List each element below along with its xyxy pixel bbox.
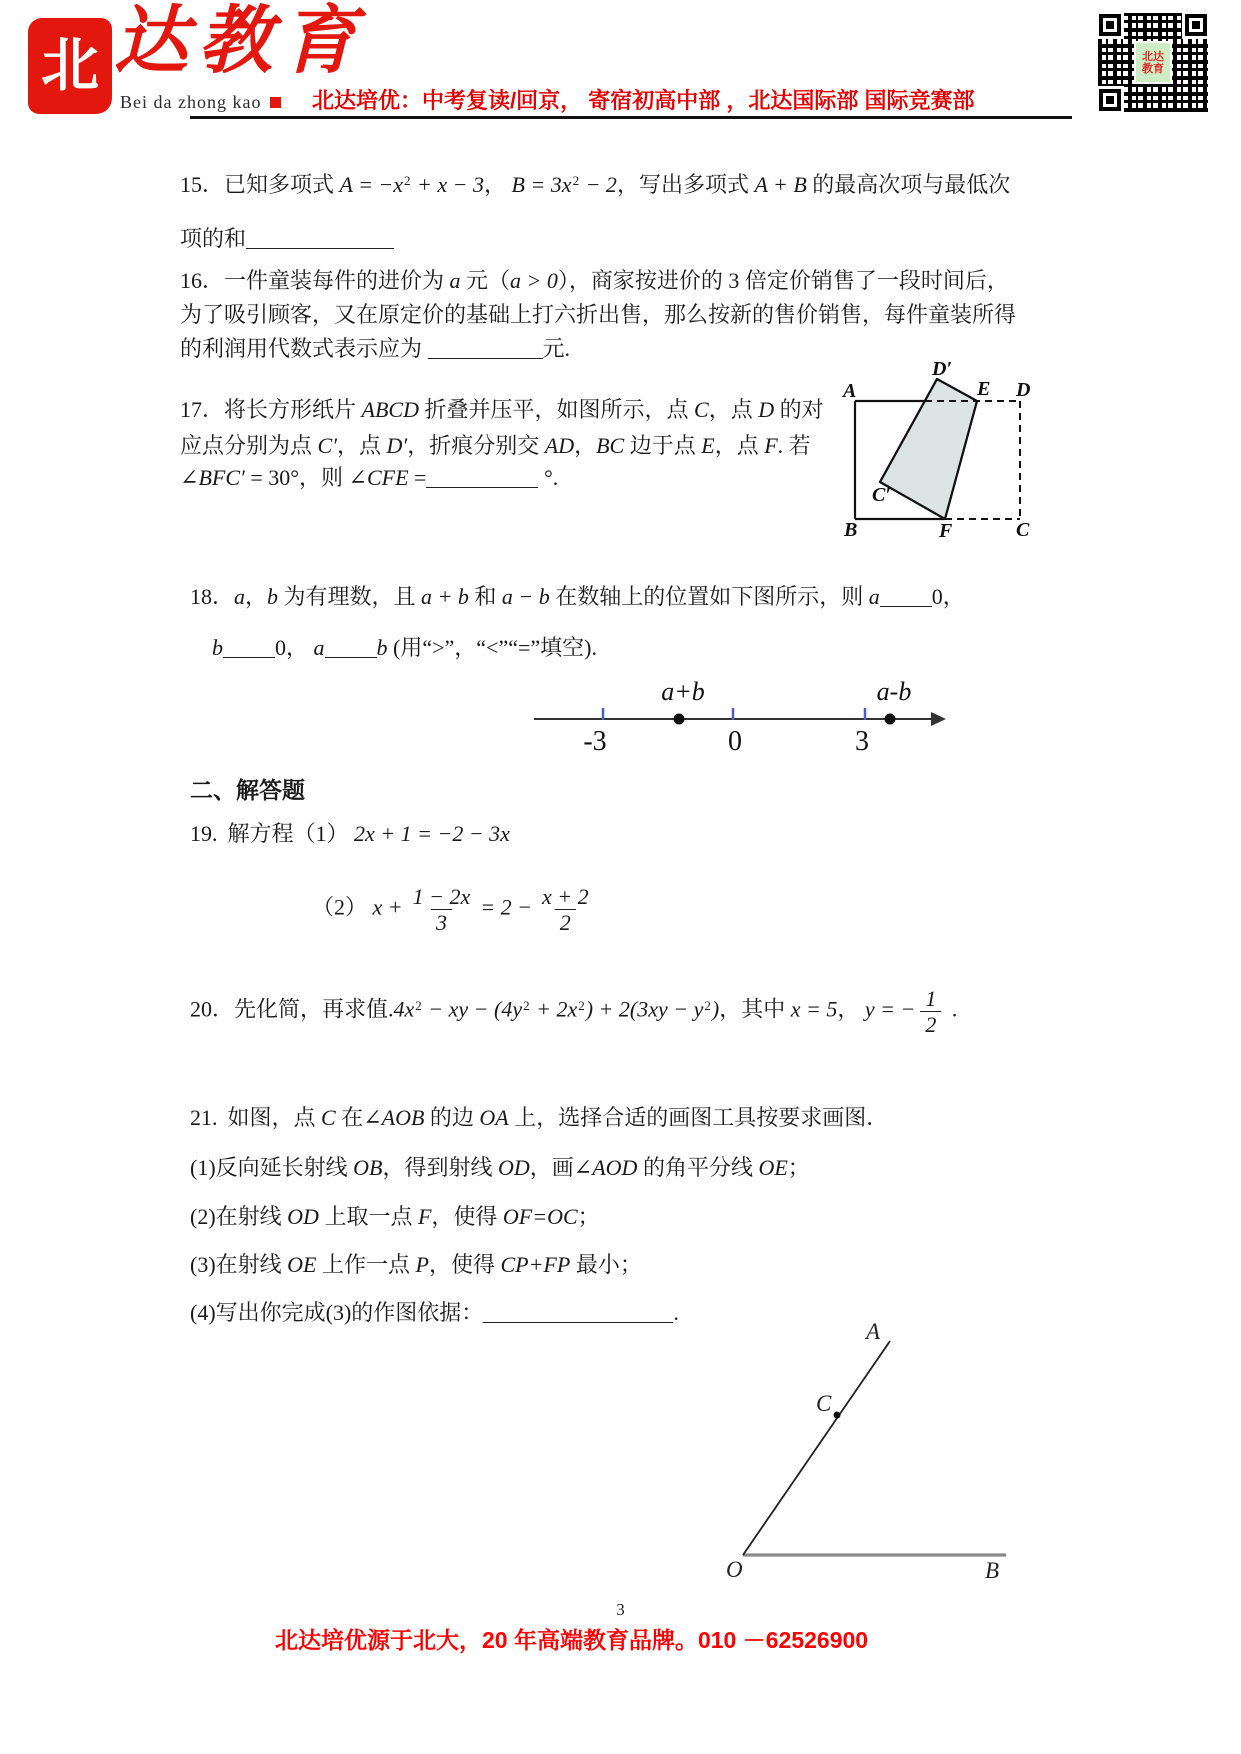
math-run: OE [758, 1155, 787, 1180]
math-run: b [267, 584, 278, 609]
problem-21-line-1: 21.如图，点 C 在∠AOB 的边 OA 上，选择合适的画图工具按要求画图． [190, 1104, 888, 1131]
math-run: a > 0 [510, 268, 558, 293]
answer-blank-17 [426, 467, 538, 488]
text-run: 在数轴上的位置如下图所示，则 [550, 584, 869, 609]
math-run: x = 5 [791, 997, 838, 1022]
label-B: B [843, 519, 857, 540]
text-run: 0， [932, 584, 965, 609]
math-run: A + B [754, 172, 806, 197]
text-run: ， [837, 997, 865, 1022]
problem-21-item-1: (1)反向延长射线 OB，得到射线 OD，画∠AOD 的角平分线 OE； [190, 1154, 810, 1181]
problem-17-line-3: ∠BFC′ = 30°，则 ∠CFE = °. [180, 464, 558, 491]
problem-21-item-3: (3)在射线 OE 上作一点 P，使得 CP+FP 最小； [190, 1251, 642, 1278]
problem-15-line-1: 15．已知多项式 A = −x2 + x − 3， B = 3x2 − 2，写出… [180, 167, 1010, 198]
math-run: a + b [421, 584, 469, 609]
text-run: ， [245, 584, 267, 609]
point-a-plus-b [674, 714, 685, 725]
answer-blank-18a [880, 586, 932, 607]
angle-symbol: ∠ [349, 465, 367, 490]
problem-number: 20． [190, 997, 234, 1022]
text-run: (1)反向延长射线 [190, 1155, 353, 1180]
exponent: 2 [414, 998, 423, 1013]
text-run: 0， [275, 635, 314, 660]
text-run: 在∠ [336, 1105, 382, 1130]
math-run: C [321, 1105, 336, 1130]
math-run: D′ [387, 433, 408, 458]
text-run: . 若 [778, 433, 811, 458]
math-run: ABCD [362, 397, 419, 422]
problem-17-line-1: 17．将长方形纸片 ABCD 折叠并压平，如图所示，点 C，点 D 的对 [180, 396, 824, 423]
qr-finder-icon [1185, 14, 1207, 36]
math-run: A = −x [340, 172, 404, 197]
answer-blank-18c [325, 637, 377, 658]
text-run: ， [574, 433, 596, 458]
math-run: + 2x [531, 997, 578, 1022]
text-run: 上作一点 [316, 1252, 415, 1277]
text-run: 先化简，再求值. [234, 997, 394, 1022]
header-tagline: 北达培优：中考复读/回京， 寄宿初高中部 ，北达国际部 国际竞赛部 [312, 84, 974, 115]
text-run: ， [484, 172, 512, 197]
text-run: °. [538, 465, 558, 490]
math-run: a [314, 635, 325, 660]
math-run: = 2 − [480, 895, 532, 920]
qr-center-label: 北达 教育 [1136, 43, 1170, 82]
text-run: 的边 [424, 1105, 479, 1130]
math-run: OA [479, 1105, 508, 1130]
tick-label-minus3: -3 [583, 726, 606, 757]
label-D-prime: D′ [931, 358, 952, 380]
fraction: 12 [920, 986, 941, 1037]
problem-18-line-1: 18．a，b 为有理数，且 a + b 和 a − b 在数轴上的位置如下图所示… [190, 583, 965, 610]
math-run: P [416, 1252, 429, 1277]
problem-16-line-3: 的利润用代数式表示应为 元. [180, 335, 570, 362]
math-run: y = − [865, 997, 915, 1022]
math-run: D [758, 397, 774, 422]
problem-19-line-2: （2） x +1 − 2x3= 2 −x + 22 [312, 884, 599, 935]
text-run: ，点 [337, 433, 387, 458]
problem-number: 16． [180, 268, 224, 293]
problem-20-line-1: 20．先化简，再求值.4x2 − xy − (4y2 + 2x2) + 2(3x… [190, 986, 957, 1037]
math-run: BFC′ [198, 465, 244, 490]
section-2-title: 二、解答题 [190, 777, 305, 804]
text-run: (4)写出你完成(3)的作图依据： [190, 1300, 483, 1325]
figure-17-rectangle-fold: A B C D E F C′ D′ [830, 340, 1050, 540]
text-run: 已知多项式 [224, 172, 340, 197]
exponent: 2 [522, 998, 531, 1013]
label-O: O [726, 1557, 743, 1582]
brand-subtitle: Bei da zhong kao [120, 92, 281, 113]
math-run: a [450, 268, 461, 293]
math-run: OD [287, 1204, 319, 1229]
math-run: AD [545, 433, 574, 458]
math-run: CP+FP [500, 1252, 570, 1277]
angle-symbol: ∠ [180, 465, 198, 490]
text-run: 的角平分线 [637, 1155, 758, 1180]
math-run: B = 3x [512, 172, 572, 197]
text-run: 为了吸引顾客，又在原定价的基础上打六折出售，那么按新的售价销售，每件童装所得 [180, 302, 1016, 327]
text-run: ，使得 [431, 1204, 503, 1229]
label-A: A [841, 380, 856, 402]
exponent: 2 [403, 173, 412, 188]
exponent: 2 [703, 998, 712, 1013]
math-run: x + [373, 895, 403, 920]
math-run: 4x [394, 997, 415, 1022]
footer-slogan: 北达培优源于北大，20 年高端教育品牌。010 －62526900 [275, 1622, 868, 1655]
math-run: E [701, 433, 714, 458]
math-run: AOB [382, 1105, 425, 1130]
fraction-denominator: 2 [555, 909, 576, 935]
tick-label-0: 0 [728, 726, 742, 757]
math-run: ) + 2(3xy − y [586, 997, 704, 1022]
math-run: C [694, 397, 709, 422]
figure-21-angle-aob: A C O B [640, 1315, 1020, 1605]
text-run: 应点分别为点 [180, 433, 318, 458]
text-run: 项的和 [180, 226, 246, 251]
problem-number: 21. [190, 1105, 218, 1130]
text-run: 和 [469, 584, 502, 609]
brand-script-text: 达教育 [114, 2, 366, 83]
text-run: 解方程（1） [228, 821, 355, 846]
text-run: 折叠并压平，如图所示，点 [419, 397, 694, 422]
text-run: 为有理数，且 [278, 584, 421, 609]
text-run: (3)在射线 [190, 1252, 287, 1277]
exponent: 2 [572, 173, 581, 188]
text-run: 将长方形纸片 [224, 397, 362, 422]
text-run: . [946, 997, 957, 1022]
text-run: ，点 [709, 397, 759, 422]
problem-number: 19. [190, 821, 218, 846]
text-run: = [409, 465, 427, 490]
math-run: a [234, 584, 245, 609]
text-run: 元. [543, 336, 571, 361]
problem-16-line-1: 16．一件童装每件的进价为 a 元（a > 0），商家按进价的 3 倍定价销售了… [180, 267, 1009, 294]
fraction-numerator: 1 − 2x [408, 884, 476, 909]
math-run: + x − 3 [412, 172, 484, 197]
text-run: 一件童装每件的进价为 [224, 268, 450, 293]
label-C: C [1016, 519, 1030, 540]
text-run: ； [578, 1204, 600, 1229]
math-run: − xy − (4y [423, 997, 522, 1022]
qr-finder-icon [1099, 14, 1121, 36]
fraction: 1 − 2x3 [408, 884, 476, 935]
math-run: 2x + 1 = −2 − 3x [354, 821, 510, 846]
problem-number: 15． [180, 171, 224, 198]
page-number: 3 [0, 1600, 1241, 1620]
point-a-minus-b [885, 714, 896, 725]
text-run: （2） [312, 895, 373, 920]
math-run: AOD [592, 1155, 637, 1180]
math-run: − 2 [580, 172, 617, 197]
fraction-numerator: 1 [920, 986, 941, 1011]
text-run: ，其中 [719, 997, 791, 1022]
problem-16-line-2: 为了吸引顾客，又在原定价的基础上打六折出售，那么按新的售价销售，每件童装所得 [180, 301, 1016, 328]
text-run: 上，选择合适的画图工具按要求画图． [509, 1105, 889, 1130]
point-label-a-plus-b: a+b [661, 677, 705, 706]
math-run: b [212, 635, 223, 660]
text-run: (用“>”，“<”“=”填空). [388, 635, 597, 660]
text-run: 如图，点 [228, 1105, 322, 1130]
qr-code: 北达 教育 [1098, 13, 1208, 112]
math-run: C′ [318, 433, 338, 458]
label-E: E [976, 378, 990, 400]
tick-label-3: 3 [855, 726, 869, 757]
math-run: F [418, 1204, 431, 1229]
axis-arrow [931, 712, 946, 726]
text-run: 边于点 [624, 433, 701, 458]
answer-blank-18b [223, 637, 275, 658]
problem-18-line-2: b0， ab (用“>”，“<”“=”填空). [212, 634, 597, 661]
label-A: A [864, 1319, 881, 1344]
answer-blank-15 [246, 228, 394, 249]
fraction: x + 22 [537, 884, 594, 935]
problem-21-item-4: (4)写出你完成(3)的作图依据：. [190, 1299, 679, 1326]
exponent: 2 [577, 998, 586, 1013]
qr-finder-icon [1099, 89, 1121, 111]
math-run: BC [596, 433, 624, 458]
problem-17-line-2: 应点分别为点 C′，点 D′，折痕分别交 AD，BC 边于点 E，点 F. 若 [180, 432, 811, 459]
text-run: 上取一点 [319, 1204, 418, 1229]
text-run: ，点 [715, 433, 765, 458]
header-divider [190, 116, 1072, 119]
math-run: OF=OC [503, 1204, 578, 1229]
text-run: 最小； [570, 1252, 642, 1277]
problem-21-item-2: (2)在射线 OD 上取一点 F，使得 OF=OC； [190, 1203, 600, 1230]
seal-character: 北 [41, 37, 99, 95]
math-run: F [764, 433, 777, 458]
point-label-a-minus-b: a-b [877, 677, 912, 706]
label-F: F [938, 520, 953, 540]
text-run: 的最高次项与最低次 [807, 172, 1011, 197]
fraction-denominator: 2 [920, 1011, 941, 1037]
fraction-denominator: 3 [431, 909, 452, 935]
label-C: C [816, 1391, 832, 1416]
red-square-icon [270, 97, 281, 108]
problem-19-line-1: 19.解方程（1） 2x + 1 = −2 − 3x [190, 820, 510, 847]
point-C [834, 1412, 841, 1419]
label-D: D [1015, 379, 1030, 401]
math-run: a − b [502, 584, 550, 609]
fraction-numerator: x + 2 [537, 884, 594, 909]
text-run: ，折痕分别交 [407, 433, 545, 458]
text-run: ），商家按进价的 3 倍定价销售了一段时间后， [558, 268, 1009, 293]
ray-OA [743, 1341, 890, 1555]
text-run: 的对 [774, 397, 824, 422]
text-run: 元（ [461, 268, 511, 293]
math-run: CFE [367, 465, 409, 490]
math-run: OE [287, 1252, 316, 1277]
problem-number: 18． [190, 584, 234, 609]
exam-page: 北 达教育 Bei da zhong kao 北达培优：中考复读/回京， 寄宿初… [0, 0, 1241, 1754]
math-run: OD [498, 1155, 530, 1180]
answer-blank-16 [428, 338, 543, 359]
label-B: B [985, 1558, 999, 1583]
text-run: ，写出多项式 [617, 172, 755, 197]
problem-15-line-2: 项的和 [180, 225, 394, 252]
math-run: OB [353, 1155, 382, 1180]
label-C-prime: C′ [872, 484, 891, 506]
text-run: ，画∠ [530, 1155, 592, 1180]
figure-18-number-line: -3 0 3 a+b a-b [450, 672, 950, 767]
text-run: (2)在射线 [190, 1204, 287, 1229]
problem-number: 17． [180, 397, 224, 422]
text-run: 的利润用代数式表示应为 [180, 336, 428, 361]
text-run: = 30°，则 [245, 465, 349, 490]
text-run: ，得到射线 [382, 1155, 498, 1180]
text-run: ； [788, 1155, 810, 1180]
text-run: ，使得 [429, 1252, 501, 1277]
brand-seal-logo: 北 [30, 20, 110, 112]
math-run: a [869, 584, 880, 609]
math-run: b [377, 635, 388, 660]
